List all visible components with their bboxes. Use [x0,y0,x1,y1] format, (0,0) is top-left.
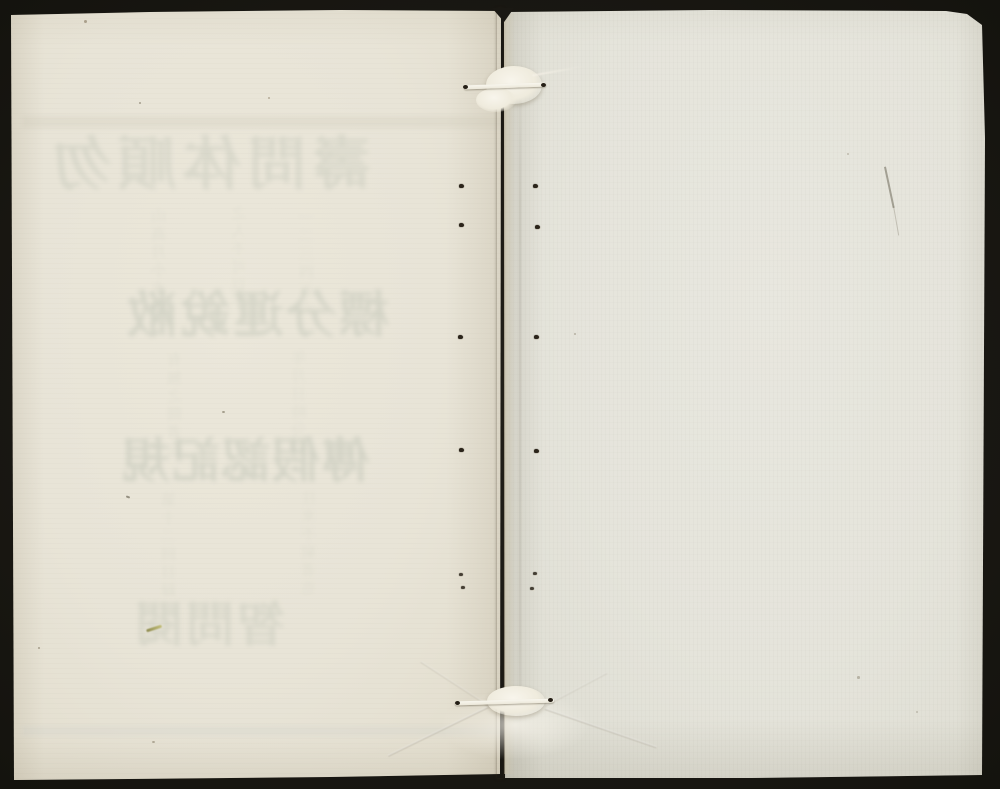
stitch-hole [534,335,539,339]
speck [847,153,849,155]
gutter-crease [519,60,521,772]
stitch-hole [459,223,464,227]
bleed-through-column: 有無之間者也 [168,352,185,460]
stitch-hole [535,225,540,229]
speck [574,333,576,335]
stitch-hole [458,335,463,339]
bleed-through-row: 壽問体順勿 [46,136,371,194]
stitch-hole [459,448,464,452]
speck [38,647,40,649]
speck [857,676,860,679]
bleed-through-row: 傳假認記規 [120,438,370,486]
stitch-hole [533,184,538,188]
bleed-through-column: 山高月小水落 [152,208,169,316]
speck [84,20,87,23]
speck [152,741,155,743]
thread-hole-dot [463,85,468,89]
bleed-through-column: 年月日時分秒 [292,350,309,458]
speck [916,711,918,713]
stitch-hole [459,184,464,188]
right-page [501,8,986,779]
speck [268,97,270,99]
speck [222,411,225,413]
binding-thread-knot-top [476,88,516,112]
bleed-through-column: 之人不可以不 [232,205,249,313]
bleed-through-column: 往來不窮者也 [302,490,319,598]
stitch-hole [530,587,534,590]
thread-hole-dot [541,83,546,87]
stitch-hole [459,573,463,576]
stitch-hole [533,572,537,575]
book-photograph: 壽問体順勿 標分運銳敝 傳假認記規 智問閱 山高月小水落 之人不可以不 一二三四… [0,0,1000,789]
bleed-through-column: 第十二回目録 [162,492,179,600]
stitch-hole [534,449,539,453]
thread-hole-dot [455,701,460,705]
book-gutter [497,9,503,778]
stitch-hole [461,586,465,589]
bleed-through-column: 一二三四五六 [300,210,317,318]
thread-hole-dot [548,698,553,702]
scan-band [22,116,510,128]
speck [139,102,141,104]
